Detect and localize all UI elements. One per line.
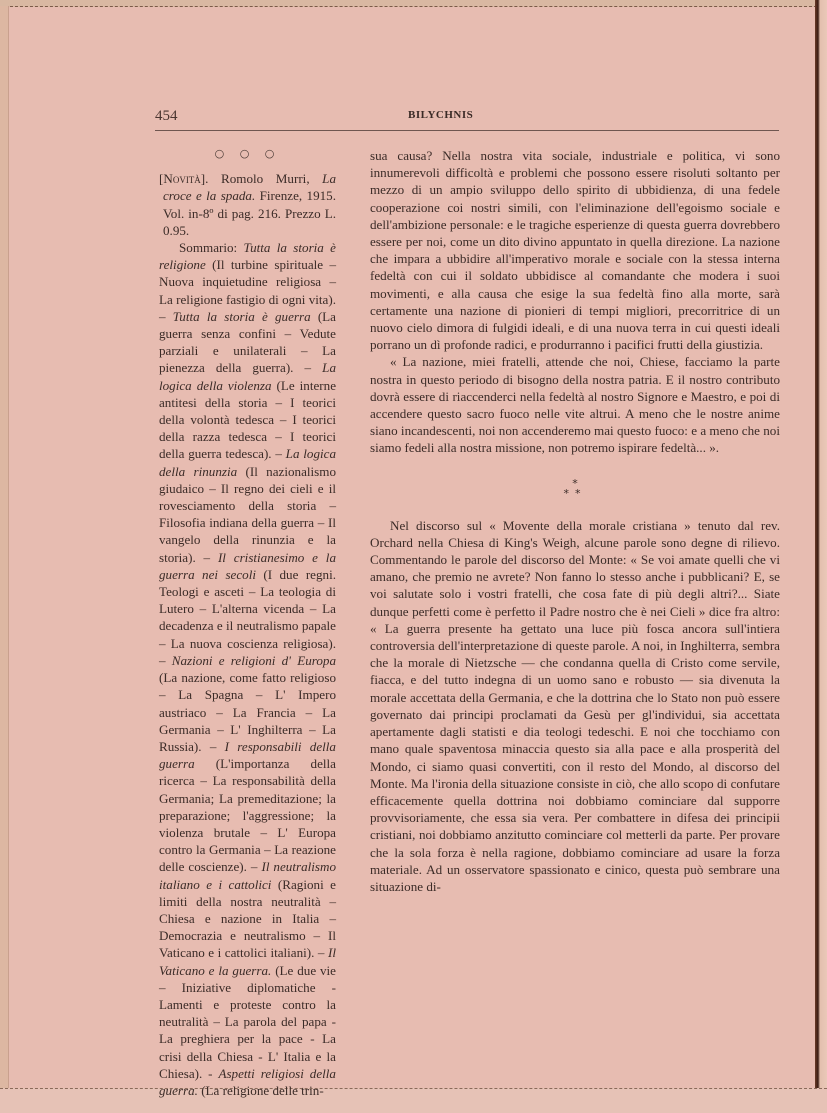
page-number: 454 <box>155 108 178 125</box>
summary-chapter-contents: (Le due vie – Iniziative diplomatiche - … <box>159 963 336 1081</box>
asterism-divider: * ** <box>370 479 780 499</box>
book-spine-fold <box>815 0 827 1113</box>
summary-paragraph: Sommario: Tutta la storia è religione (I… <box>159 239 336 1099</box>
ornament-circles: ○ ○ ○ <box>159 145 336 162</box>
entry-tag: [Novità]. <box>159 171 208 186</box>
summary-body: Tutta la storia è religione (Il turbine … <box>159 240 336 1098</box>
page-top-edge <box>0 0 827 7</box>
paragraph-continued: sua causa? Nella nostra vita sociale, in… <box>370 147 780 353</box>
right-column: sua causa? Nella nostra vita sociale, in… <box>370 147 780 895</box>
paragraph-orchard: Nel discorso sul « Movente della morale … <box>370 517 780 895</box>
running-title: BILYCHNIS <box>408 109 473 121</box>
entry-author: Romolo Murri, <box>221 171 310 186</box>
summary-label: Sommario: <box>179 240 237 255</box>
summary-chapter-contents: (L'importanza della ricerca – La respons… <box>159 756 336 874</box>
page-left-edge <box>0 6 9 1091</box>
paragraph-quote: « La nazione, miei fratelli, attende che… <box>370 353 780 456</box>
book-entry: [Novità]. Romolo Murri, La croce e la sp… <box>159 170 336 239</box>
asterism-bottom: ** <box>370 489 780 499</box>
summary-chapter-title: Tutta la storia è guerra <box>173 309 311 324</box>
page-header: 454 BILYCHNIS <box>155 108 779 131</box>
page-bottom-edge <box>0 1088 827 1113</box>
summary-chapter-title: Nazioni e religioni d' Europa <box>172 653 336 668</box>
left-column: ○ ○ ○ [Novità]. Romolo Murri, La croce e… <box>159 145 336 1099</box>
summary-chapter-contents: (La religione delle trin- <box>198 1083 324 1098</box>
